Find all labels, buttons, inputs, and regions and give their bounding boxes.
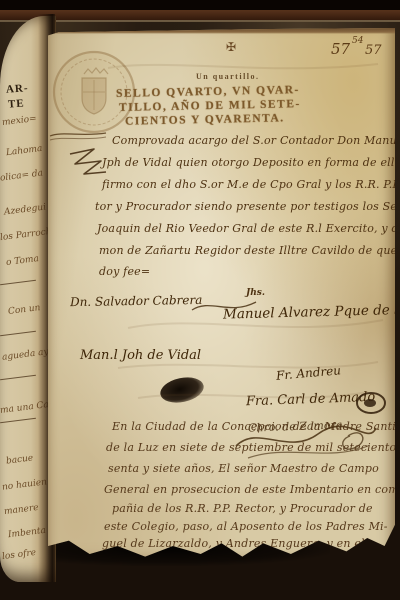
left-divider-rule bbox=[0, 375, 36, 380]
left-stamp-fragment: AR- bbox=[6, 82, 29, 96]
left-text-fragment: bacue bbox=[5, 453, 33, 466]
left-text-fragment: Con un bbox=[8, 303, 42, 317]
manuscript-photo: AR- TE mexio= Lahoma olica= da Azedegui … bbox=[0, 0, 400, 600]
left-divider-rule bbox=[0, 331, 36, 336]
manuscript-page: 57 54 57 ✠ Un quartillo. SELLO QVARTO, V… bbox=[48, 28, 395, 562]
left-text-fragment: los ofre bbox=[2, 548, 37, 562]
ink-bleed-through-marks bbox=[48, 28, 395, 562]
dark-floor-strip bbox=[0, 0, 400, 10]
left-text-fragment: mexio= bbox=[2, 114, 38, 128]
left-text-fragment: o Toma bbox=[6, 254, 40, 268]
left-divider-rule bbox=[0, 280, 36, 285]
left-stamp-fragment: TE bbox=[8, 97, 25, 110]
left-divider-rule bbox=[0, 418, 36, 423]
left-text-fragment: manere bbox=[4, 503, 40, 517]
